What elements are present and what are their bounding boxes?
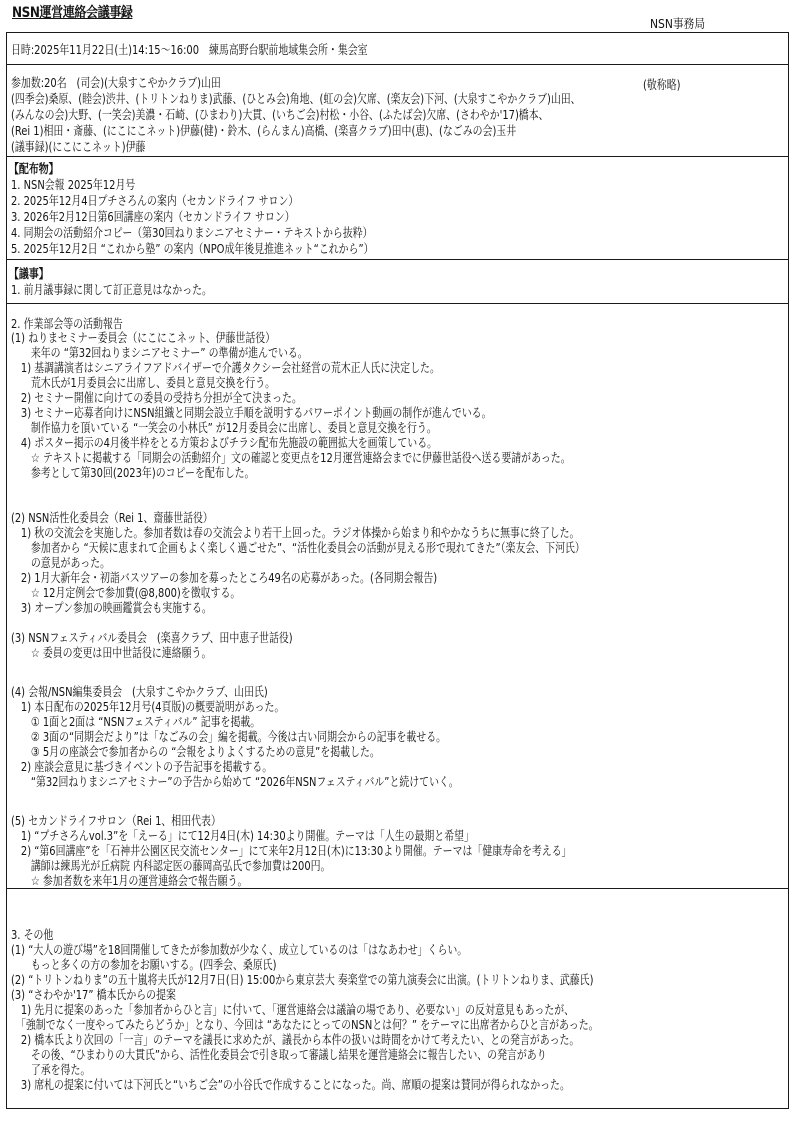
activity-line: (3) NSNフェスティバル委員会 (楽喜クラブ、田中恵子世話役) — [11, 630, 293, 645]
section-other: 3. その他 (1) “大人の遊び場”を18回開催してきたが参加数が少なく、成立… — [7, 888, 788, 1108]
other-line: その後、“ひまわりの大貫氏”から、活性化委員会で引き取って審議し結果を運営連絡会… — [11, 1047, 547, 1062]
attendee-line: (四季会)桑原、(睦会)渋井、(トリトンねりま)武藤、(ひとみ会)角地、(虹の会… — [11, 91, 581, 106]
section-datetime: 日時:2025年11月22日(土)14:15～16:00 練馬高野台駅前地域集会… — [7, 33, 788, 64]
activity-line: 参考として第30回(2023年)のコピーを配布した。 — [11, 465, 254, 480]
minutes-frame: 日時:2025年11月22日(土)14:15～16:00 練馬高野台駅前地域集会… — [6, 32, 789, 1109]
activity-line: 講師は練馬光が丘病院 内科認定医の藤岡高弘氏で参加費は200円。 — [11, 858, 330, 873]
activity-line: 来年の “第32回ねりまシニアセミナー” の準備が進んでいる。 — [11, 345, 308, 360]
handout-item: 5. 2025年12月2日 “これから塾” の案内（NPO成年後見推進ネット“こ… — [11, 241, 374, 256]
attendee-line: (Rei 1)相田・斎藤、(にこにこネット)伊藤(健)・鈴木、(らんまん)高橋、… — [11, 123, 516, 138]
minutes-taker: (議事録)(にこにこネット)伊藤 — [11, 139, 145, 154]
other-line: 3) 席札の提案に付いては下河氏と“いちご会”の小谷氏で作成することになった。尚… — [11, 1077, 570, 1092]
issuer-office: NSN事務局 — [650, 14, 705, 32]
other-heading: 3. その他 — [11, 927, 53, 942]
other-line: 1) 先月に提案のあった「参加者からひと言」に付いて、「運営連絡会は議論の場であ… — [11, 1002, 574, 1017]
honorific-note: (敬称略) — [643, 75, 680, 93]
document-title: NSN運営連絡会議事録 — [12, 2, 132, 22]
agenda-heading: 【議事】 — [9, 266, 49, 281]
activity-line: の意見があった。 — [11, 555, 110, 570]
activity-line: 2) セミナー開催に向けての委員の受持ち分担が全て決まった。 — [11, 390, 302, 405]
activity-line: 2) 1月大新年会・初詣バスツアーの参加を募ったところ49名の応募があった。(各… — [11, 570, 437, 585]
section-agenda: 【議事】 1. 前月議事録に関して訂正意見はなかった。 — [7, 259, 788, 303]
handout-item: 1. NSN会報 2025年12月号 — [11, 177, 135, 192]
activity-line: 1) 秋の交流会を実施した。参加者数は春の交流会より若干上回った。ラジオ体操から… — [11, 525, 579, 540]
activity-line: (4) 会報/NSN編集委員会 (大泉すこやかクラブ、山田氏) — [11, 684, 268, 699]
activity-line: (2) NSN活性化委員会（Rei 1、齋藤世話役） — [11, 510, 213, 525]
datetime-place: 日時:2025年11月22日(土)14:15～16:00 練馬高野台駅前地域集会… — [11, 42, 368, 57]
activity-line: 2) “第6回講座”を「石神井公園区民交流センター」にて来年2月12日(木)に1… — [11, 843, 572, 858]
section-handouts: 【配布物】 1. NSN会報 2025年12月号 2. 2025年12月4日プチ… — [7, 156, 788, 259]
other-line: もっと多くの方の参加をお願いする。(四季会、桑原氏) — [11, 957, 276, 972]
attendance-count: 参加数:20名 (司会)(大泉すこやかクラブ)山田 — [11, 75, 221, 90]
activity-line: 3) オープン参加の映画鑑賞会も実施する。 — [11, 600, 212, 615]
activities-heading: 2. 作業部会等の活動報告 — [11, 316, 123, 331]
activity-line: (1) ねりまセミナー委員会（にこにこネット、伊藤世話役） — [11, 330, 275, 345]
activity-line: ② 3面の“同期会だより”は「なごみの会」編を掲載。今後は古い同期会からの記事を… — [11, 729, 446, 744]
activity-line: 2) 座談会意見に基づきイベントの予告記事を掲載する。 — [11, 759, 272, 774]
activity-line: 3) セミナー応募者向けにNSN組織と同期会設立手順を説明するパワーポイント動画… — [11, 405, 492, 420]
other-line: (3) “さわやか'17” 橋本氏からの提案 — [11, 987, 176, 1002]
activity-line: ① 1面と2面は “NSNフェスティバル” 記事を掲載。 — [11, 714, 260, 729]
activity-line: 荒木氏が1月委員会に出席し、委員と意見交換を行う。 — [11, 375, 275, 390]
attendee-line: (みんなの会)大野、(一笑会)美濃・石崎、(ひまわり)大貫、(いちご会)村松・小… — [11, 107, 549, 122]
activity-line: ☆ 参加者数を来年1月の運営連絡会で報告願う。 — [11, 873, 247, 888]
other-line: 「強制でなく一度やってみたらどうか」となり、今回は “あなたにとってのNSNとは… — [11, 1017, 599, 1032]
activity-line: (5) セカンドライフサロン（Rei 1、相田代表） — [11, 813, 221, 828]
activity-line: ③ 5月の座談会で参加者からの “会報をよりよくするための意見”を掲載した。 — [11, 744, 380, 759]
activity-line: 1) 本日配布の2025年12月号(4頁版)の概要説明があった。 — [11, 699, 284, 714]
activity-line: 4) ポスター掲示の4月後半枠をとる方策およびチラシ配布先施設の範囲拡大を画策し… — [11, 435, 437, 450]
handout-item: 2. 2025年12月4日プチさろんの案内（セカンドライフ サロン） — [11, 193, 298, 208]
activity-line: ☆ 12月定例会で参加費(@8,800)を徴収する。 — [11, 585, 240, 600]
other-line: (1) “大人の遊び場”を18回開催してきたが参加数が少なく、成立しているのは「… — [11, 942, 467, 957]
other-line: (2) “トリトンねりま”の五十嵐将夫氏が12月7日(日) 15:00から東京芸… — [11, 972, 593, 987]
other-line: 2) 橋本氏より次回の「一言」のテーマを議長に求めたが、議長から本件の扱いは時間… — [11, 1032, 579, 1047]
activity-line: ☆ テキストに掲載する「同期会の活動紹介」文の確認と変更点を12月運営連絡会まで… — [11, 450, 571, 465]
section-attendance: 参加数:20名 (司会)(大泉すこやかクラブ)山田 (敬称略) (四季会)桑原、… — [7, 64, 788, 156]
agenda-item-1: 1. 前月議事録に関して訂正意見はなかった。 — [11, 282, 212, 297]
activity-line: ☆ 委員の変更は田中世話役に連絡願う。 — [11, 645, 211, 660]
other-line: 了承を得た。 — [11, 1062, 90, 1077]
activity-line: 参加者から “天候に恵まれて企画もよく楽しく過ごせた”、“活性化委員会の活動が見… — [11, 540, 585, 555]
activity-line: 制作協力を頂いている “一笑会の小林氏” が12月委員会に出席し、委員と意見交換… — [11, 420, 437, 435]
handout-item: 4. 同期会の活動紹介コピー（第30回ねりまシニアセミナー・テキストから抜粋） — [11, 225, 373, 240]
activity-line: 1) 基調講演者はシニアライフアドバイザーで介護タクシー会社経営の荒木正人氏に決… — [11, 360, 440, 375]
handouts-heading: 【配布物】 — [9, 161, 59, 176]
activity-line: “第32回ねりまシニアセミナー”の予告から始めて “2026年NSNフェスティバ… — [11, 774, 459, 789]
activity-line: 1) “プチさろんvol.3”を「えーる」にて12月4日(木) 14:30より開… — [11, 828, 474, 843]
section-activity-reports: 2. 作業部会等の活動報告 (1) ねりまセミナー委員会（にこにこネット、伊藤世… — [7, 303, 788, 888]
handout-item: 3. 2026年2月12日第6回講座の案内（セカンドライフ サロン） — [11, 209, 295, 224]
